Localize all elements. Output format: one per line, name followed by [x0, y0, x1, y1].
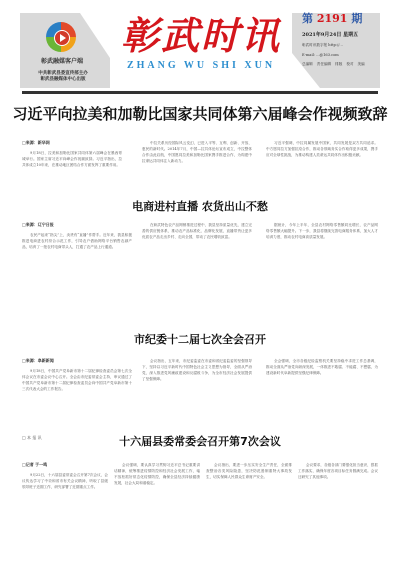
article-headline: 习近平向拉美和加勒比国家共同体第六届峰会作视频致辞: [0, 103, 400, 124]
article-paragraph: 会议要求，各级各部门要强化担当意识，狠抓工作落实，确保年度各项目标任务圆满完成。…: [298, 462, 378, 480]
masthead: 彰武融媒客户端 中共彰武县委宣传部主办 彰武县融媒体中心出版 彰武时讯 ZHAN…: [20, 8, 380, 92]
article-column: 中拉关系历经国际风云变幻，已进入平等、互利、创新、开放、惠民的新时代。2014年…: [142, 140, 252, 188]
article-paragraph: 全会强调，全市各级纪检监察机关要坚持稳中求进工作总基调，推动全面从严治党向纵深发…: [266, 358, 378, 376]
article-byline: □来源：新华网: [22, 140, 50, 146]
article-column: 习近平强调，中拉同属发展中国家，共同发展是双方共同追求。中方愿同拉方加强抗疫合作…: [266, 140, 378, 188]
title-chinese: 彰武时讯: [106, 10, 296, 62]
article-paragraph: 在彰武特色农产品网销推进过程中，我县坚持质量优先，建立完善的供应链体系，推动农产…: [142, 222, 252, 240]
article-byline: □记者 于一鸣: [22, 462, 47, 468]
article-column: 在彰武特色农产品网销推进过程中，我县坚持质量优先，建立完善的供应链体系，推动农产…: [142, 222, 252, 314]
newspaper-title: 彰武时讯 ZHANG WU SHI XUN: [106, 10, 296, 88]
article-column: 会议强调，要认真学习贯彻习近平总书记重要讲话精神，统筹推进疫情防控和经济社会发展…: [114, 462, 200, 562]
logo-name: 彰武融媒客户端: [24, 56, 100, 65]
article-headline: 十六届县委常委会召开第7次会议: [0, 433, 400, 449]
article-byline: □来源：辽宁日报: [22, 222, 54, 228]
staff-credits: 总编辑 责任编辑 排版 校对 美编: [302, 62, 380, 67]
article-headline: 市纪委十二届七次全会召开: [0, 331, 400, 347]
article-paragraph: 会议指出，五年来，市纪委监委在市委和省纪委监委的坚强领导下，坚持以习近平新时代中…: [142, 358, 252, 382]
masthead-divider: [22, 91, 378, 94]
credit-item: 责任编辑: [317, 62, 331, 67]
article-paragraph: 中拉关系历经国际风云变幻，已进入平等、互利、创新、开放、惠民的新时代。2014年…: [142, 140, 252, 164]
media-center-logo-icon: [46, 22, 76, 52]
issue-info: 第 2191 期 2021年9月24日 星期五 彰武时讯数字报 http://.…: [302, 10, 380, 88]
title-pinyin: ZHANG WU SHI XUN: [106, 60, 296, 71]
article-paragraph: 会议强调，要认真学习贯彻习近平总书记重要讲话精神，统筹推进疫情防控和经济社会发展…: [114, 462, 200, 486]
article-column: 9月18日，中国共产党阜新市第十二届纪律检查委员会第七次全体会议在市委会议中心召…: [22, 368, 132, 416]
article-column: 会议指出，五年来，市纪委监委在市委和省纪委监委的坚强领导下，坚持以习近平新时代中…: [142, 358, 252, 416]
article-column: 会议要求，各级各部门要强化担当意识，狠抓工作落实，确保年度各项目标任务圆满完成。…: [298, 462, 378, 562]
email: E-mail: ...@163.com: [302, 53, 380, 57]
issue-date: 2021年9月24日 星期五: [302, 31, 380, 38]
credit-item: 校对: [346, 62, 353, 67]
article-paragraph: 9月18日，拉美和加勒比国家共同体第六届峰会在墨西哥城举行。国家主席习近平向峰会…: [22, 150, 122, 168]
article-column: 据统计，今年上半年，全县农村网络零售额同比增长，农产品网络零售额大幅提升。下一步…: [266, 222, 378, 314]
media-logo: 彰武融媒客户端 中共彰武县委宣传部主办 彰武县融媒体中心出版: [24, 16, 104, 88]
issue-prefix: 第: [302, 12, 313, 25]
article-paragraph: 9月18日，中国共产党阜新市第十二届纪律检查委员会第七次全体会议在市委会议中心召…: [22, 368, 132, 392]
article-column: 9月22日，十六届县委常委会召开第7次会议，会议传达学习了中央和省市有关会议精神…: [22, 472, 108, 562]
article-paragraph: 农民产起来“指尖”上，卖货有“直播”作帮手。近年来，我县积极推进电商进农村综合示…: [22, 232, 132, 250]
logo-org-line2: 彰武县融媒体中心出版: [26, 77, 100, 83]
credit-item: 美编: [358, 62, 365, 67]
article-paragraph: 据统计，今年上半年，全县农村网络零售额同比增长，农产品网络零售额大幅提升。下一步…: [266, 222, 378, 240]
issue-num: 2191: [317, 12, 348, 25]
article-column: 会议指出，要进一步压实安全生产责任，全面排查整治各类风险隐患，坚决防范遏制重特大…: [206, 462, 292, 562]
credit-item: 总编辑: [302, 62, 313, 67]
credit-item: 排版: [335, 62, 342, 67]
article-byline: □来源：阜新新闻: [22, 358, 54, 364]
article-headline: 电商进村直播 农货出山不愁: [0, 198, 400, 214]
article-column: 9月18日，拉美和加勒比国家共同体第六届峰会在墨西哥城举行。国家主席习近平向峰会…: [22, 150, 122, 188]
issue-suffix: 期: [351, 12, 362, 25]
newspaper-page: 彰武融媒客户端 中共彰武县委宣传部主办 彰武县融媒体中心出版 彰武时讯 ZHAN…: [0, 0, 400, 567]
article-paragraph: 习近平强调，中拉同属发展中国家，共同发展是双方共同追求。中方愿同拉方加强抗疫合作…: [266, 140, 378, 158]
article-column: 农民产起来“指尖”上，卖货有“直播”作帮手。近年来，我县积极推进电商进农村综合示…: [22, 232, 132, 314]
issue-number: 第 2191 期: [302, 10, 380, 26]
digital-edition-url: 彰武时讯数字报 http://...: [302, 43, 380, 48]
article-paragraph: 会议指出，要进一步压实安全生产责任，全面排查整治各类风险隐患，坚决防范遏制重特大…: [206, 462, 292, 480]
logo-org: 中共彰武县委宣传部主办 彰武县融媒体中心出版: [26, 71, 100, 83]
article-column: 全会强调，全市各级纪检监察机关要坚持稳中求进工作总基调，推动全面从严治党向纵深发…: [266, 358, 378, 416]
article-paragraph: 9月22日，十六届县委常委会召开第7次会议，会议传达学习了中央和省市有关会议精神…: [22, 472, 108, 490]
